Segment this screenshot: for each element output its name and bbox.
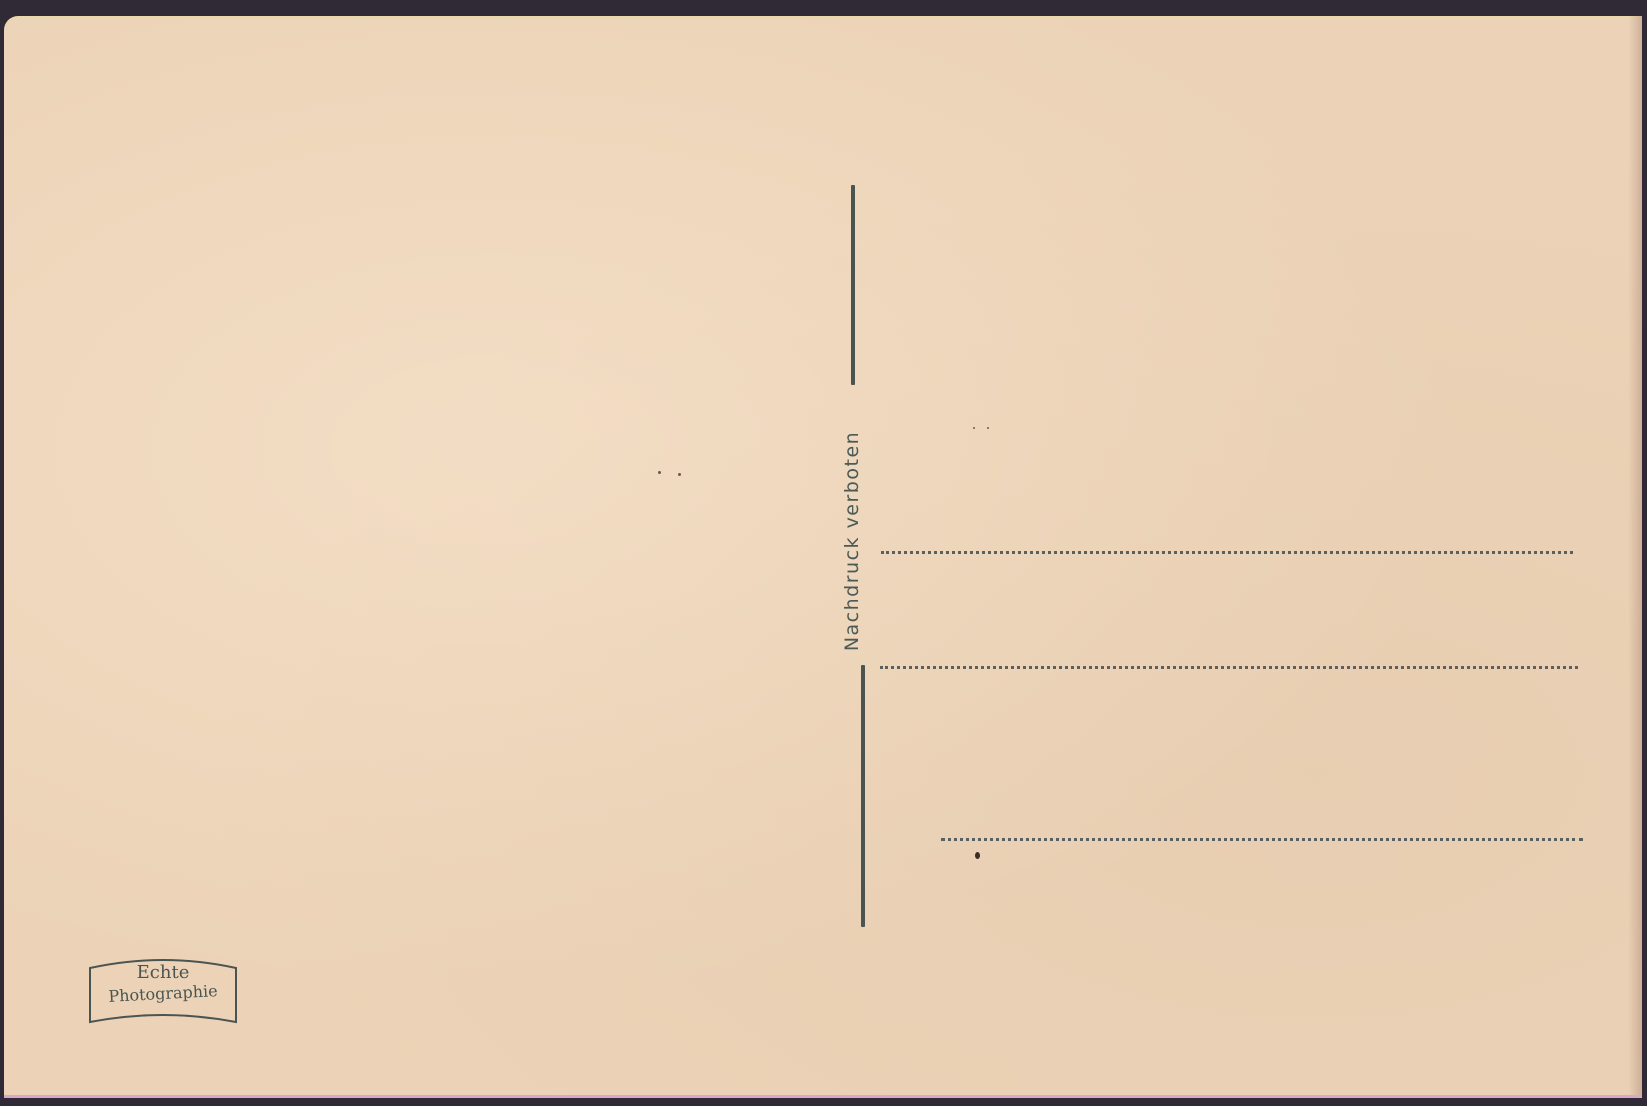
address-line-2	[880, 666, 1578, 669]
address-line-1	[881, 551, 1573, 554]
card-bottom-edge	[4, 1095, 1642, 1098]
center-divider-top	[851, 185, 855, 385]
paper-speck	[658, 471, 661, 474]
address-line-3	[941, 838, 1583, 841]
paper-speck	[678, 473, 681, 476]
card-edge-shadow	[1628, 16, 1642, 1098]
echte-photographie-stamp: Echte Photographie	[88, 956, 238, 1026]
paper-speck	[987, 427, 989, 429]
stamp-text-echte: Echte	[88, 962, 238, 983]
divider-notice: Nachdruck verboten	[841, 431, 863, 651]
ink-spot	[975, 852, 980, 859]
paper-speck	[973, 427, 975, 429]
postcard-back: Nachdruck verboten Echte Photographie	[4, 16, 1642, 1098]
center-divider-bottom	[861, 665, 865, 927]
